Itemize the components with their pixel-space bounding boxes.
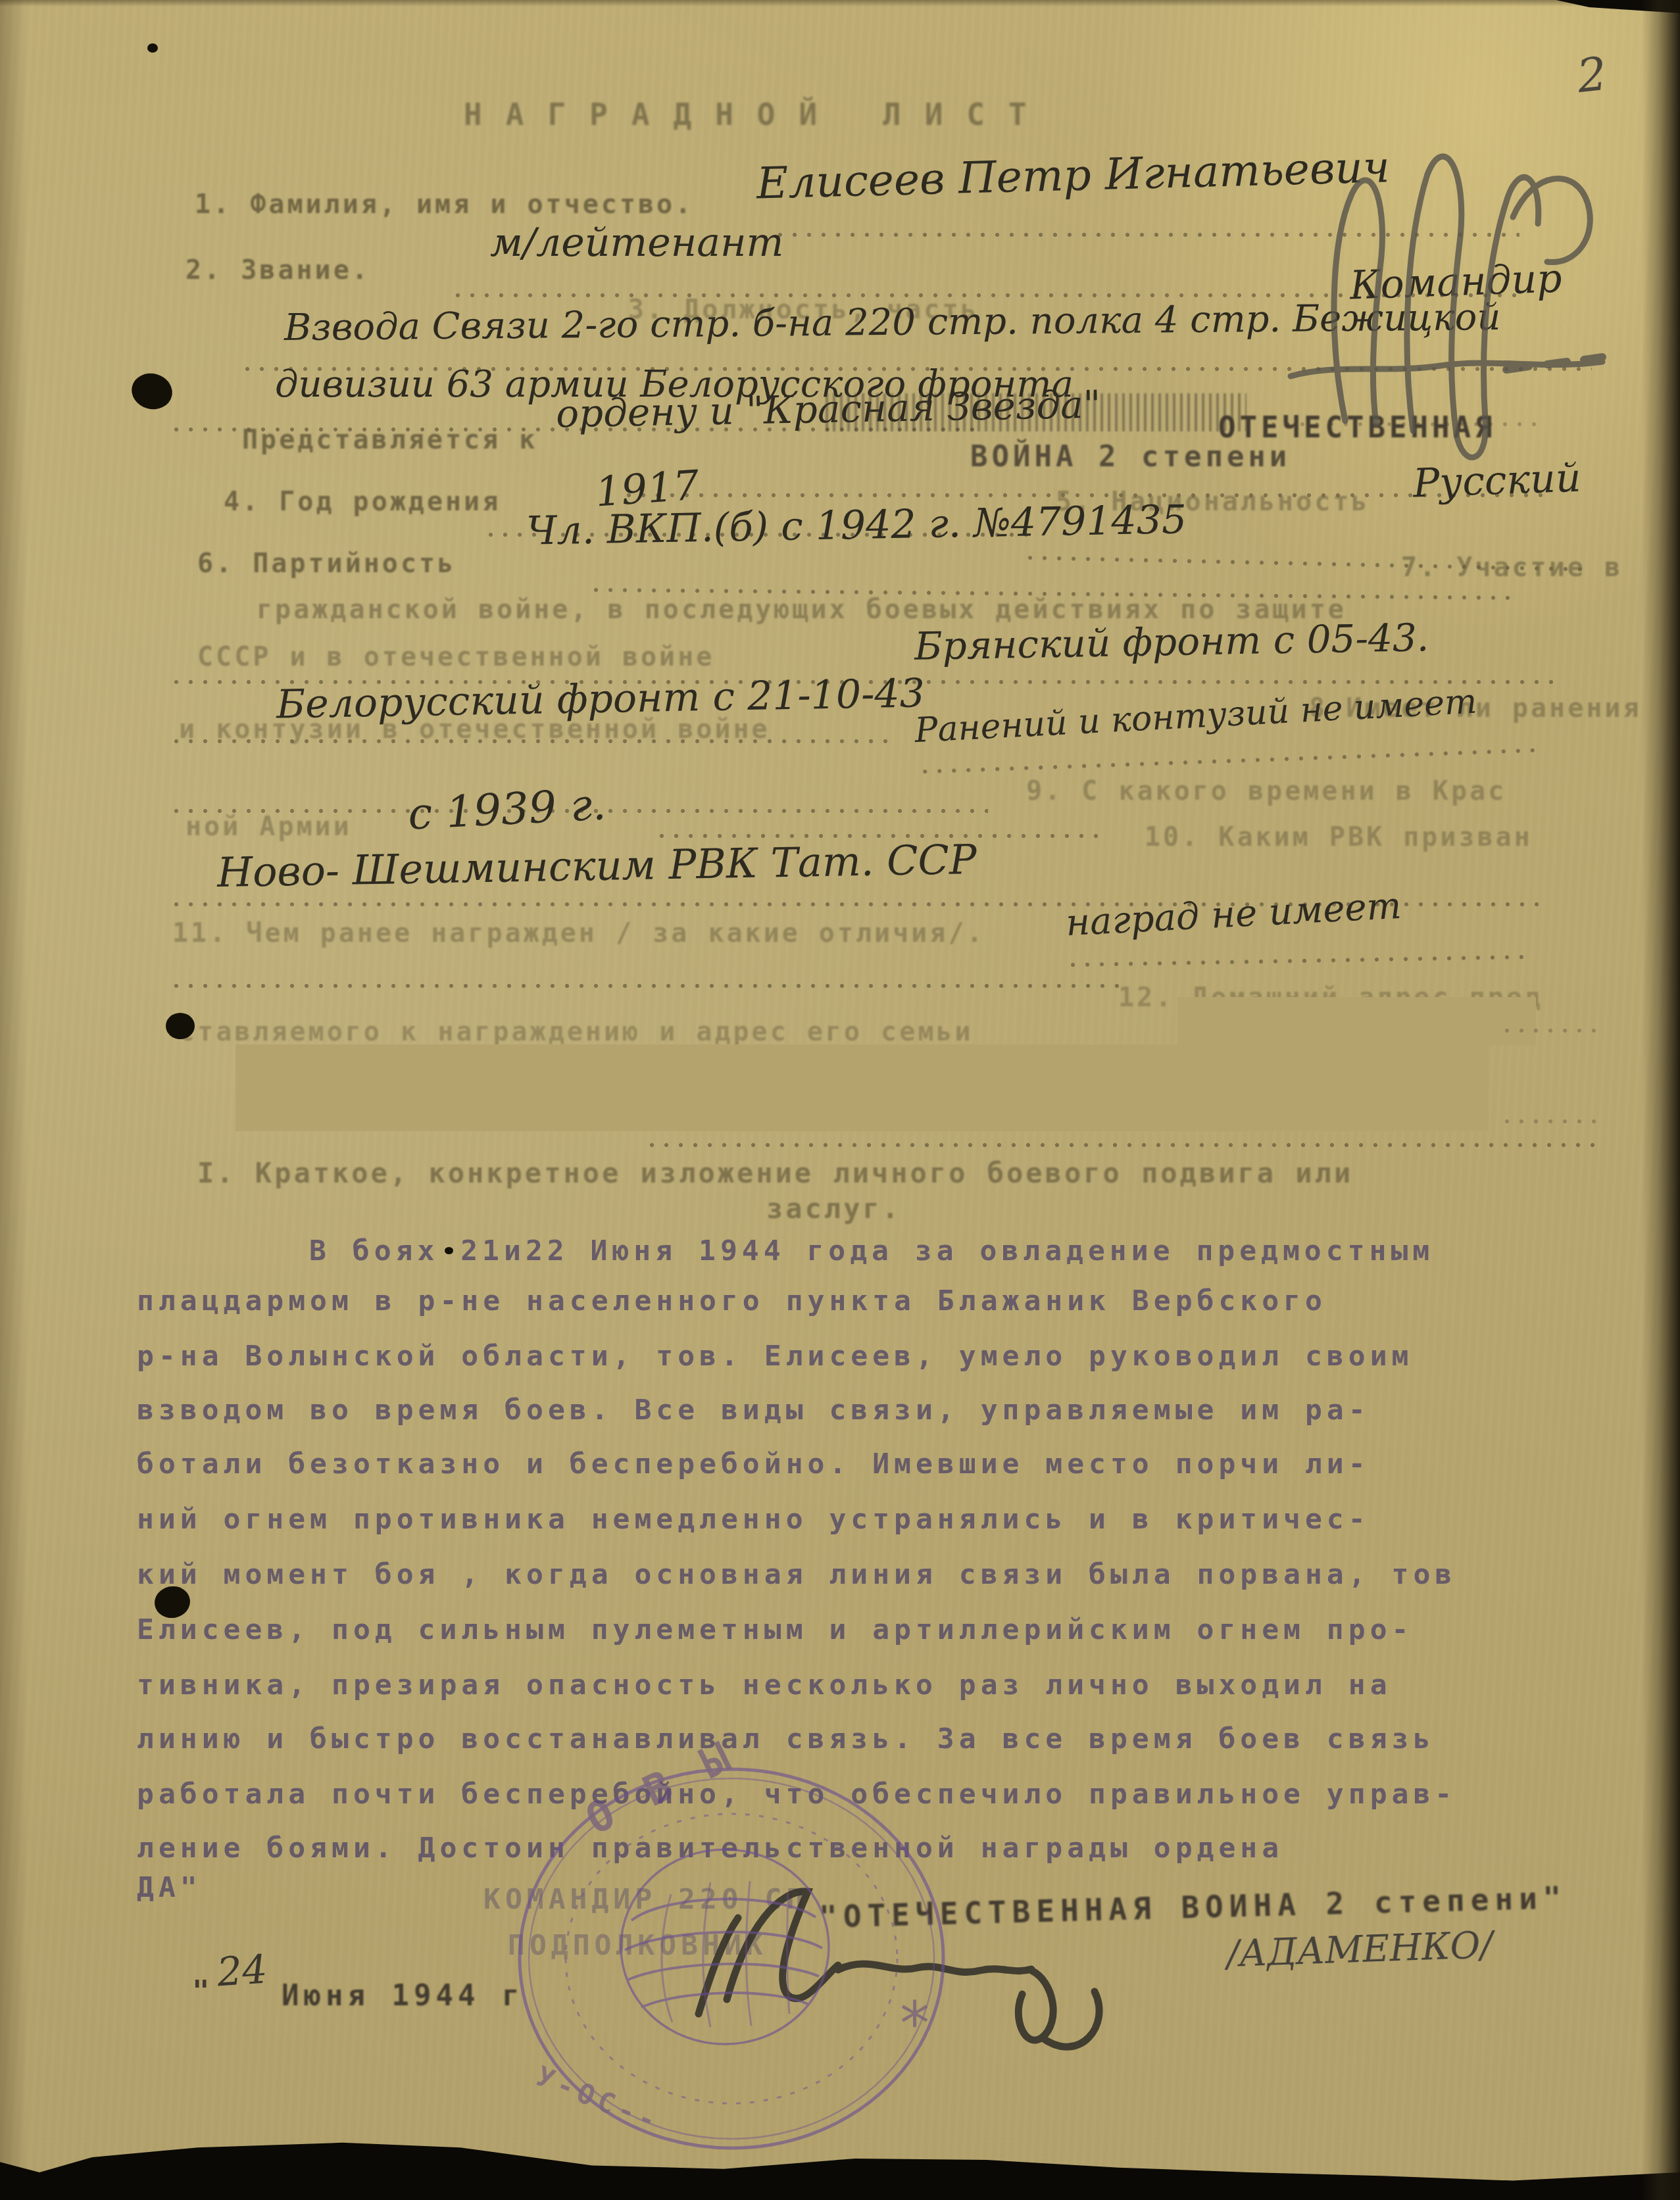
field-9-label-part2: ной Армии: [185, 813, 352, 841]
paper-speck: [445, 1247, 453, 1254]
section-heading-line2: заслуг.: [766, 1194, 901, 1223]
redaction-box-small: [1177, 997, 1536, 1046]
dotted-leader: [1503, 1118, 1602, 1125]
citation-line: ний огнем противника немедленно устранял…: [137, 1505, 1370, 1534]
commander-surname: /АДАМЕНКО/: [1226, 1926, 1493, 1974]
field-5-value: Русский: [1412, 458, 1582, 505]
field-8-label-part2: и контузии в отечественной войне: [179, 716, 770, 743]
citation-line: кий момент боя , когда основная линия св…: [137, 1560, 1456, 1590]
field-4-label: 4. Год рождения: [224, 488, 501, 516]
dotted-leader: [921, 747, 1539, 775]
field-1-value: Елисеев Петр Игнатьевич: [756, 144, 1390, 206]
citation-line: р-на Волынской области, тов. Елисеев, ум…: [137, 1342, 1413, 1371]
field-2-label: 2. Звание.: [185, 257, 370, 284]
citation-line: ление боями. Достоин правительственной н…: [137, 1834, 1283, 1863]
citation-line: взводом во время боев. Все виды связи, у…: [137, 1396, 1370, 1425]
field-11-label: 11. Чем ранее награжден / за какие отлич…: [172, 919, 985, 947]
citation-line: линию и быстро восстанавливал связь. За …: [137, 1724, 1435, 1754]
award-sheet-page: 2 НАГРАДНОЙ ЛИСТ 1. Фамилия, имя и отчес…: [0, 0, 1680, 2200]
field-9-label-part1: 9. С какого времени в Крас: [1026, 777, 1506, 805]
punch-hole: [166, 1013, 195, 1039]
paper-top-shadow: [0, 0, 1680, 7]
overprint-hatch: [826, 393, 1247, 431]
paper-right-shadow: [1642, 0, 1680, 2200]
stamp-star: *: [900, 1990, 929, 2059]
date-day: 24: [216, 1949, 269, 1993]
field-2-value: м/лейтенант: [490, 222, 783, 264]
dotted-leader: [172, 983, 1120, 989]
citation-line: ботали безотказно и бесперебойно. Имевши…: [137, 1450, 1370, 1479]
citation-line: ДА": [137, 1873, 202, 1903]
rank-line: ПОДПОЛКОВНИК: [508, 1931, 768, 1961]
dotted-leader: [648, 1142, 1602, 1148]
citation-line: плацдармом в р-не населенного пункта Бла…: [137, 1286, 1327, 1316]
date-rest: Июня 1944 г: [282, 1981, 524, 2011]
dotted-leader: [1503, 1027, 1602, 1034]
redaction-box-large: [235, 1044, 1489, 1131]
field-7-value-bryansk: Брянский фронт с 05-43.: [914, 618, 1429, 667]
field-6-value: Чл. ВКП.(б) с 1942 г. №4791435: [526, 499, 1187, 552]
field-7-label-part3: СССР и в отечественной войне: [197, 643, 714, 671]
citation-line: работала почти бесперебойно, что обеспеч…: [137, 1780, 1456, 1809]
stamp-letters-bottom: У-ОС--: [531, 2060, 666, 2139]
award-overlay-line1: ОТЕЧЕСТВЕННАЯ: [1218, 413, 1496, 443]
field-3-value-unit: Взвода Связи 2-го стр. б-на 220 стр. пол…: [284, 299, 1501, 348]
field-9-value: с 1939 г.: [407, 781, 606, 837]
citation-line: тивника, презирая опасность несколько ра…: [137, 1671, 1392, 1700]
award-overlay-line2: ВОЙНА 2 степени: [970, 442, 1291, 472]
presentation-label: Представляется к: [242, 426, 537, 454]
commander-line: КОМАНДИР 220 СП: [483, 1885, 808, 1915]
field-1-label: 1. Фамилия, имя и отчество.: [195, 191, 693, 218]
field-7-label-part1: 7. Участие в: [1401, 554, 1623, 581]
torn-bottom-edge: [0, 2131, 1680, 2200]
field-12-label-part2: ставляемого к награждению и адрес его се…: [179, 1018, 974, 1046]
paper-left-shadow: [0, 0, 28, 2200]
form-title: НАГРАДНОЙ ЛИСТ: [464, 99, 1050, 130]
date-quote: ": [192, 1977, 210, 2007]
paper-speck: [147, 43, 158, 53]
field-8-value: Ранений и контузий не имеет: [914, 684, 1477, 749]
citation-line: В боях 21и22 Июня 1944 года за овладение…: [309, 1236, 1434, 1266]
punch-hole: [128, 369, 176, 414]
field-10-label: 10. Каким РВК призван: [1145, 823, 1533, 851]
section-heading-line1: I. Краткое, конкретное изложение личного…: [197, 1159, 1353, 1188]
page-number: 2: [1575, 50, 1609, 101]
field-10-value: Ново- Шешминским РВК Тат. ССР: [217, 838, 977, 894]
field-11-value: наград не имеет: [1065, 887, 1402, 943]
field-6-label: 6. Партийность: [197, 550, 456, 577]
dotted-leader: [1069, 954, 1529, 968]
dotted-leader: [776, 232, 1519, 238]
citation-line: Елисеев, под сильным пулеметным и артилл…: [137, 1615, 1413, 1645]
